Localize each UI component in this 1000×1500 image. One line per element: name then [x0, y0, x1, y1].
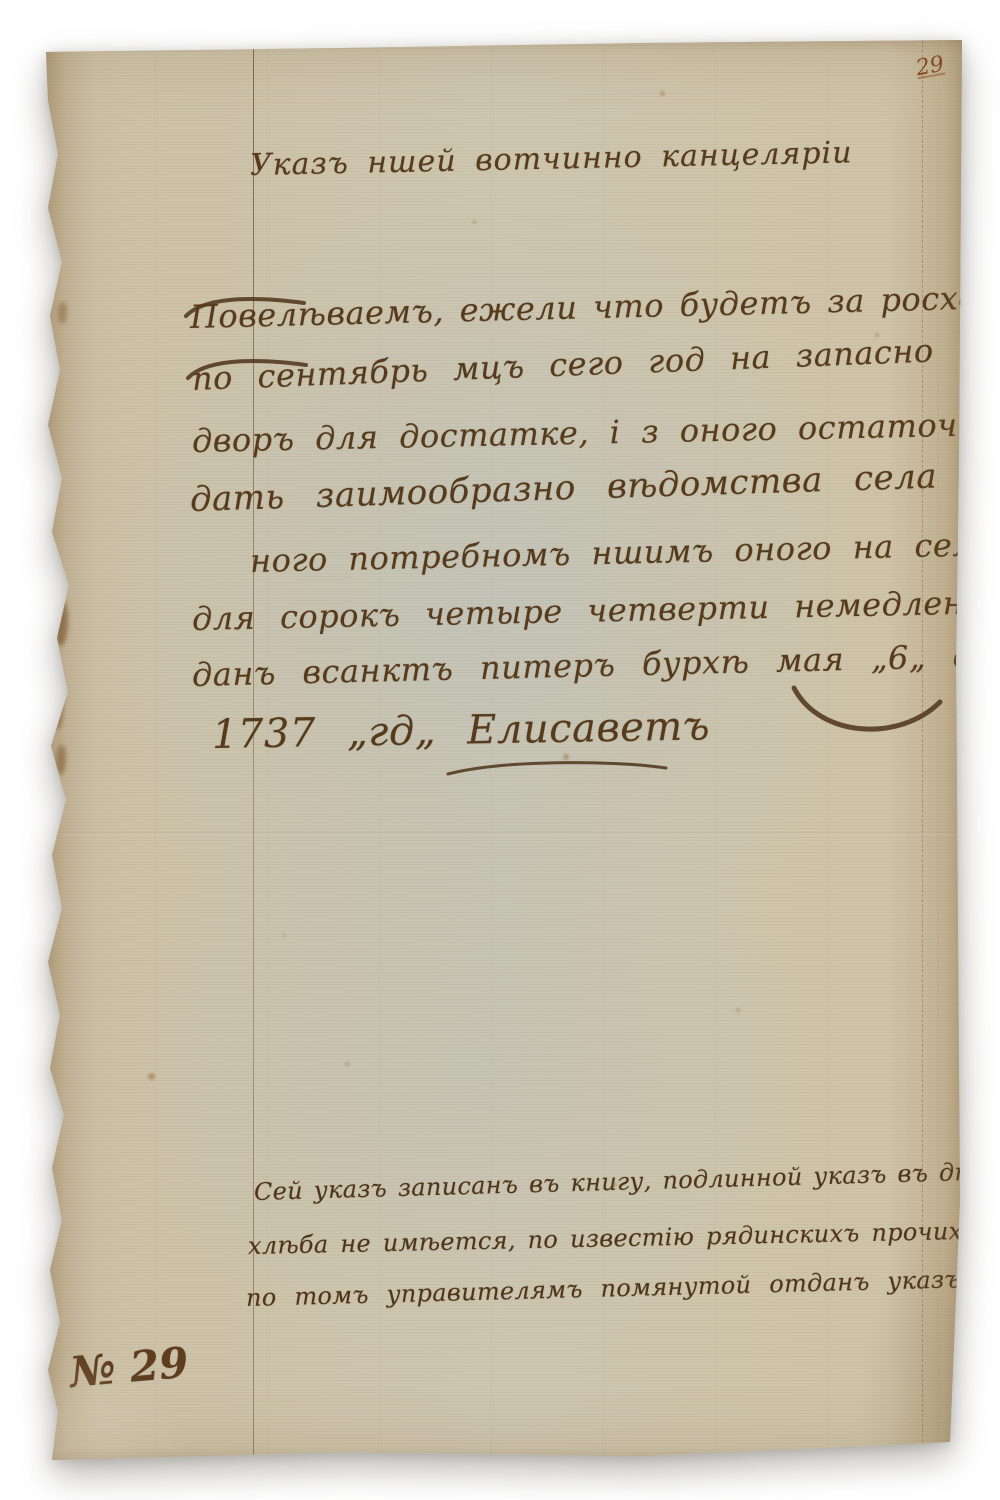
right-margin-line [922, 40, 923, 1462]
registry-number: № 29 [68, 1338, 191, 1397]
foxing-spot [345, 1062, 349, 1066]
body-line: данъ всанктъ питеръ бурхѣ мая „6„ дня [192, 636, 1000, 694]
body-line: дворъ для достатке, і з оного остаточног… [192, 404, 1000, 460]
foxing-spot [283, 934, 286, 937]
edge-stain [56, 745, 66, 775]
pen-flourish [442, 756, 672, 782]
body-line: ного потребномъ ншимъ оного на семена [250, 524, 1000, 580]
clerk-note-line: по томъ управителямъ помянутой отданъ ук… [246, 1265, 961, 1312]
foxing-spot [736, 1008, 740, 1012]
body-line: Повелѣваемъ, ежели что будетъ за росходо… [190, 277, 1000, 336]
clerk-note-line: хлѣба не имѣется, по известію рядинскихъ… [248, 1215, 1000, 1260]
body-line: 1737 „гд„ Елисаветъ [212, 703, 711, 758]
body-line: для сорокъ четыре четверти немедленно [192, 583, 1000, 638]
pen-flourish [780, 676, 950, 746]
foxing-spot [660, 91, 665, 96]
foxing-spot [472, 220, 476, 224]
body-line: по сентябрь мцъ сего год на запасно ншъ [191, 328, 1000, 398]
edge-stain [54, 600, 68, 646]
heading-line: Указъ ншей вотчинно канцеляріи [250, 135, 853, 183]
edge-stain [58, 302, 67, 324]
folio-number: 29 [914, 52, 946, 81]
clerk-note-line: Сей указъ записанъ въ книгу, подлинной у… [254, 1156, 1000, 1206]
page-background: 29 Указъ ншей вотчинно канцеляріи Повелѣ… [0, 0, 1000, 1500]
body-line: дать заимообразно вѣдомства села уд [189, 454, 1000, 520]
manuscript-paper: 29 Указъ ншей вотчинно канцеляріи Повелѣ… [42, 40, 964, 1462]
edge-stain [52, 670, 64, 730]
foxing-spot [563, 754, 569, 760]
horizontal-fold-crease [48, 832, 958, 835]
foxing-spot [148, 1073, 155, 1080]
paper-surface: 29 Указъ ншей вотчинно канцеляріи Повелѣ… [42, 40, 964, 1462]
